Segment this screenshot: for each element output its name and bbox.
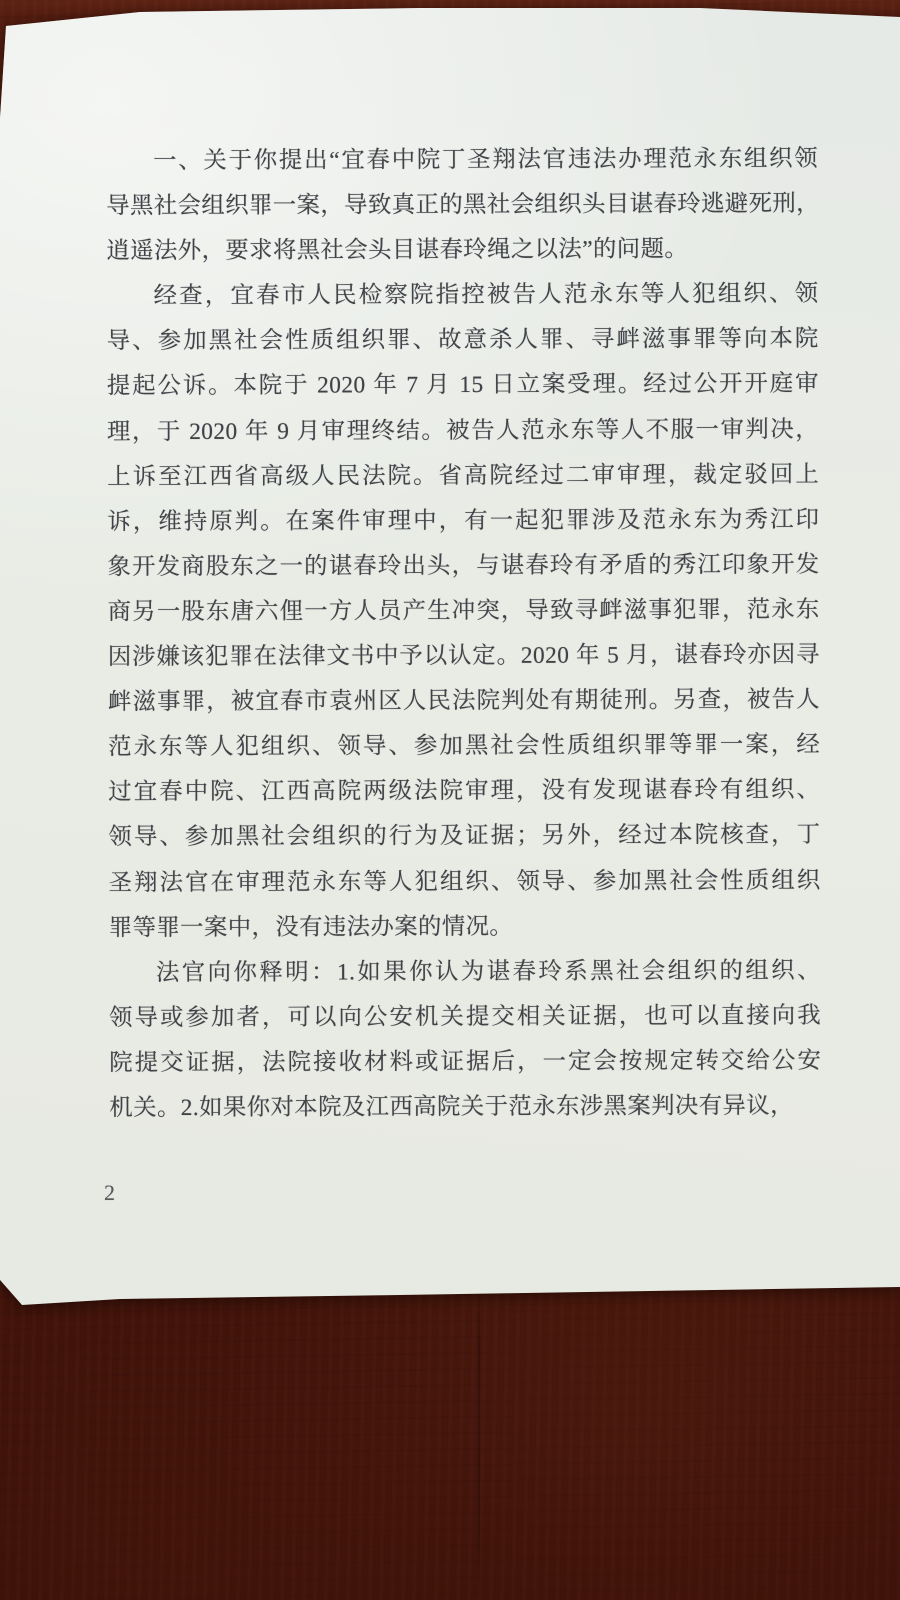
document-text-line: 罪等罪一案中，没有违法办案的情况。 — [109, 903, 821, 951]
document-text-line: 上诉至江西省高级人民法院。省高院经过二审审理，裁定驳回上 — [107, 452, 819, 500]
photo-scene: 一、关于你提出“宜春中院丁圣翔法官违法办理范永东组织领 导黑社会组织罪一案，导致… — [0, 0, 900, 1600]
document-text-line: 理，于 2020 年 9 月审理终结。被告人范永东等人不服一审判决， — [107, 407, 819, 455]
document-text-line: 衅滋事罪，被宜春市袁州区人民法院判处有期徒刑。另查，被告人 — [108, 678, 820, 726]
document-text-line: 商另一股东唐六俚一方人员产生冲突，导致寻衅滋事犯罪，范永东 — [108, 588, 820, 636]
document-text-line: 机关。2.如果你对本院及江西高院关于范永东涉黑案判决有异议， — [109, 1084, 821, 1132]
paper-shadow-wrap: 一、关于你提出“宜春中院丁圣翔法官违法办理范永东组织领 导黑社会组织罪一案，导致… — [0, 0, 900, 1600]
document-text-line: 导黑社会组织罪一案，导致真正的黑社会组织头目谌春玲逃避死刑， — [106, 182, 818, 230]
document-text-line: 过宜春中院、江西高院两级法院审理，没有发现谌春玲有组织、 — [108, 768, 820, 816]
document-text-line: 导、参加黑社会性质组织罪、故意杀人罪、寻衅滋事罪等向本院 — [107, 317, 819, 365]
document-text-line: 院提交证据，法院接收材料或证据后，一定会按规定转交给公安 — [109, 1039, 821, 1087]
document-page: 一、关于你提出“宜春中院丁圣翔法官违法办理范永东组织领 导黑社会组织罪一案，导致… — [0, 0, 900, 1600]
document-text-line: 一、关于你提出“宜春中院丁圣翔法官违法办理范永东组织领 — [106, 137, 818, 185]
page-number: 2 — [104, 1178, 115, 1208]
document-text-line: 经查，宜春市人民检察院指控被告人范永东等人犯组织、领 — [106, 272, 818, 320]
document-text-line: 领导、参加黑社会组织的行为及证据；另外，经过本院核查，丁 — [108, 813, 820, 861]
document-text-block: 一、关于你提出“宜春中院丁圣翔法官违法办理范永东组织领 导黑社会组织罪一案，导致… — [106, 137, 821, 1132]
document-text-line: 诉，维持原判。在案件审理中，有一起犯罪涉及范永东为秀江印 — [107, 498, 819, 546]
document-text-line: 圣翔法官在审理范永东等人犯组织、领导、参加黑社会性质组织 — [109, 858, 821, 906]
document-text-line: 范永东等人犯组织、领导、参加黑社会性质组织罪等罪一案，经 — [108, 723, 820, 771]
document-text-line: 逍遥法外，要求将黑社会头目谌春玲绳之以法”的问题。 — [106, 227, 818, 275]
document-text-line: 因涉嫌该犯罪在法律文书中予以认定。2020 年 5 月，谌春玲亦因寻 — [108, 633, 820, 681]
document-text-line: 提起公诉。本院于 2020 年 7 月 15 日立案受理。经过公开开庭审 — [107, 362, 819, 410]
document-text-line: 领导或参加者，可以向公安机关提交相关证据，也可以直接向我 — [109, 994, 821, 1042]
document-text-line: 象开发商股东之一的谌春玲出头，与谌春玲有矛盾的秀江印象开发 — [107, 543, 819, 591]
document-text-line: 法官向你释明：1.如果你认为谌春玲系黑社会组织的组织、 — [109, 948, 821, 996]
